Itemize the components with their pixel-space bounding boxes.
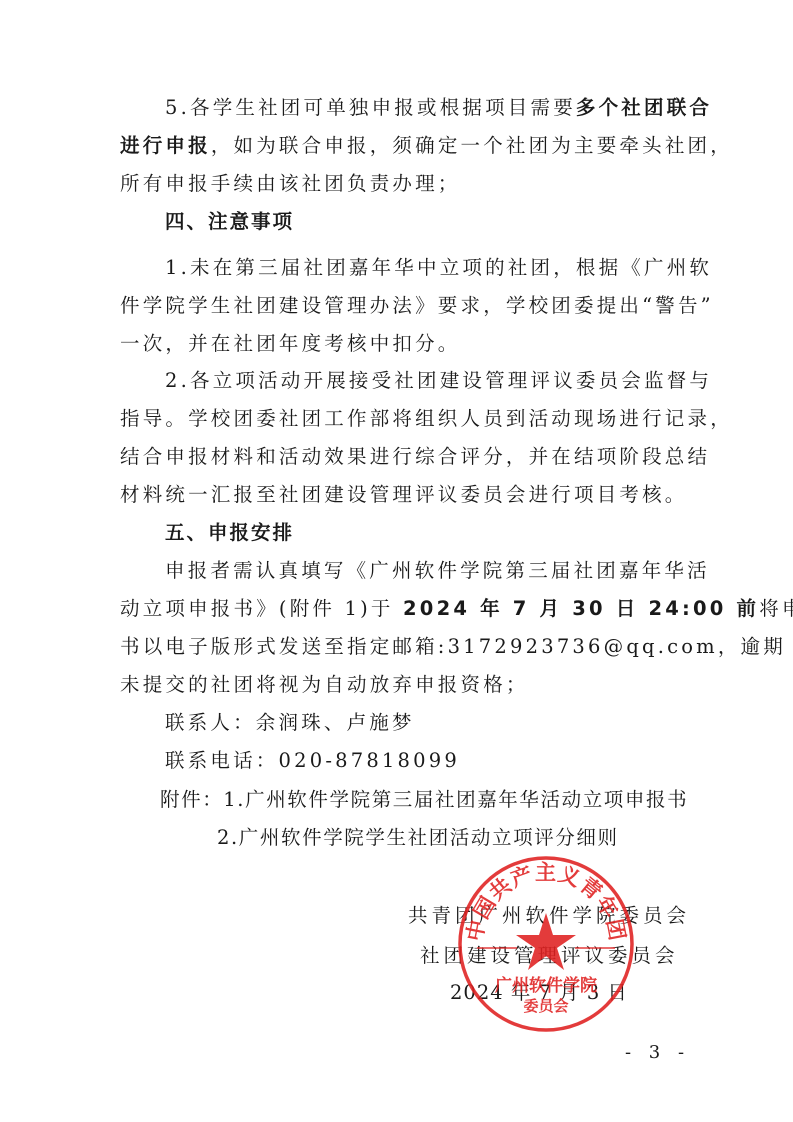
bold-text: 进行申报 <box>120 134 211 157</box>
para-item5-line1: 5.各学生社团可单独申报或根据项目需要多个社团联合 <box>165 95 672 121</box>
s5-para-line2: 动立项申报书》(附件 1)于 2024 年 7 月 30 日 24:00 前将申… <box>120 596 672 622</box>
s5-para-line3: 书以电子版形式发送至指定邮箱:3172923736@qq.com，逾期 <box>120 634 672 660</box>
page-number: - 3 - <box>625 1042 690 1063</box>
text: 5.各学生社团可单独申报或根据项目需要 <box>165 96 576 119</box>
s4-item1-line3: 一次，并在社团年度考核中扣分。 <box>120 331 672 357</box>
contact-person: 联系人：余润珠、卢施梦 <box>165 710 672 736</box>
s4-item2-line2: 指导。学校团委社团工作部将组织人员到活动现场进行记录， <box>120 406 672 432</box>
text: 将申报 <box>759 597 793 620</box>
s4-item1-line1: 1.未在第三届社团嘉年华中立项的社团，根据《广州软 <box>165 255 672 281</box>
official-seal-stamp: 中国共产主义青年团 广州软件学院 委员会 <box>455 853 637 1035</box>
s4-item1-line2: 件学院学生社团建设管理办法》要求，学校团委提出“警告” <box>120 293 672 319</box>
para-item5-line3: 所有申报手续由该社团负责办理； <box>120 171 672 197</box>
contact-phone: 联系电话：020-87818099 <box>165 748 672 774</box>
bold-text: 多个社团联合 <box>576 96 712 119</box>
para-item5-line2: 进行申报，如为联合申报，须确定一个社团为主要牵头社团， <box>120 133 672 159</box>
section-5-heading: 五、申报安排 <box>165 520 672 546</box>
attachment-2: 2.广州软件学院学生社团活动立项评分细则 <box>217 825 769 851</box>
deadline-bold-text: 2024 年 7 月 30 日 24:00 前 <box>403 597 759 620</box>
text: 动立项申报书》(附件 1)于 <box>120 597 403 620</box>
text: ，如为联合申报，须确定一个社团为主要牵头社团， <box>211 134 733 157</box>
s4-item2-line1: 2.各立项活动开展接受社团建设管理评议委员会监督与 <box>165 368 672 394</box>
svg-text:广州软件学院: 广州软件学院 <box>495 975 597 996</box>
s5-para-line4: 未提交的社团将视为自动放弃申报资格； <box>120 672 672 698</box>
s5-para-line1: 申报者需认真填写《广州软件学院第三届社团嘉年华活 <box>165 558 672 584</box>
s4-item2-line4: 材料统一汇报至社团建设管理评议委员会进行项目考核。 <box>120 482 672 508</box>
section-4-heading: 四、注意事项 <box>165 209 672 235</box>
svg-text:委员会: 委员会 <box>523 997 568 1015</box>
document-page: 5.各学生社团可单独申报或根据项目需要多个社团联合 进行申报，如为联合申报，须确… <box>0 0 793 1122</box>
s4-item2-line3: 结合申报材料和活动效果进行综合评分，并在结项阶段总结 <box>120 444 672 470</box>
attachment-1: 附件：1.广州软件学院第三届社团嘉年华活动立项申报书 <box>160 787 712 813</box>
